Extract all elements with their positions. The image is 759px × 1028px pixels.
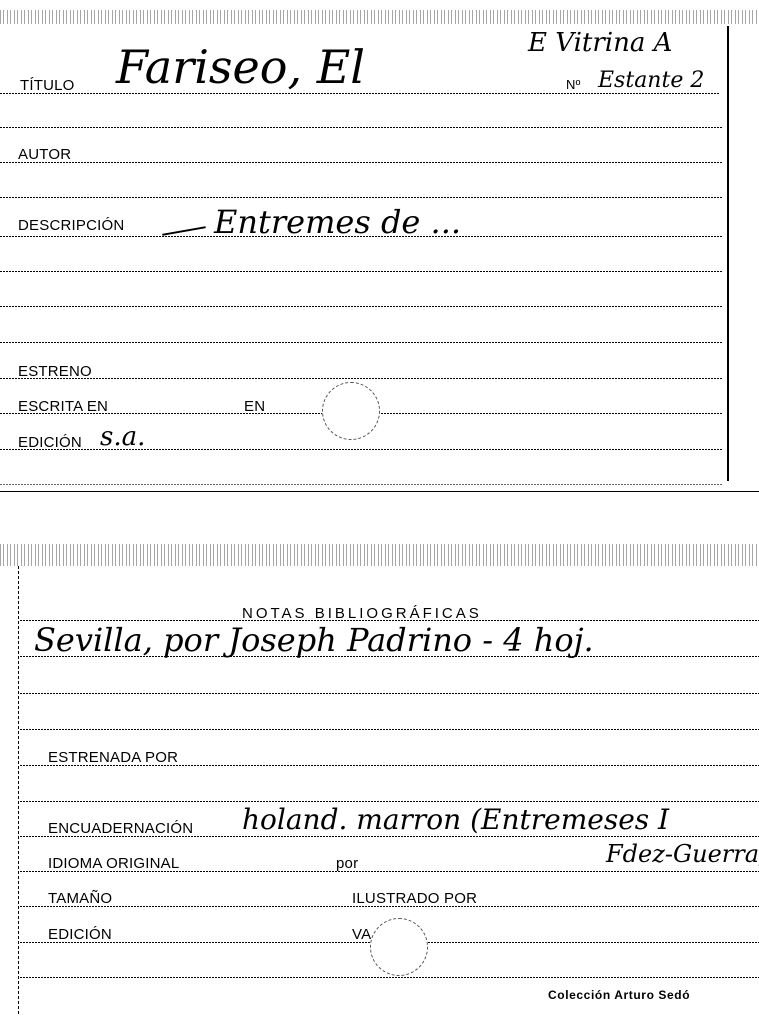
notas-value: Sevilla, por Joseph Padrino - 4 hoj. bbox=[34, 624, 594, 656]
punch-hole bbox=[322, 382, 380, 440]
estante-value: Estante 2 bbox=[598, 70, 704, 92]
edicion-label: EDICIÓN bbox=[18, 435, 82, 450]
card-right-border bbox=[727, 26, 729, 481]
blank-rule bbox=[0, 197, 722, 198]
estrenada-por-label: ESTRENADA POR bbox=[48, 750, 178, 765]
encuadernacion-rule bbox=[20, 836, 759, 837]
notas-heading: NOTAS BIBLIOGRÁFICAS bbox=[242, 606, 482, 621]
idioma-original-label: IDIOMA ORIGINAL bbox=[48, 856, 179, 871]
tamano-label: TAMAÑO bbox=[48, 891, 112, 906]
encuadernacion-label: ENCUADERNACIÓN bbox=[48, 821, 193, 836]
titulo-rule bbox=[0, 93, 720, 94]
descripcion-label: DESCRIPCIÓN bbox=[18, 218, 124, 233]
estante-label: Nº bbox=[566, 78, 581, 91]
edicion-label: EDICIÓN bbox=[48, 927, 112, 942]
titulo-value: Fariseo, El bbox=[116, 44, 365, 90]
back-catalog-card: NOTAS BIBLIOGRÁFICAS Sevilla, por Joseph… bbox=[0, 540, 759, 1028]
escrita-en-label: ESCRITA EN bbox=[18, 399, 108, 414]
estreno-label: ESTRENO bbox=[18, 364, 92, 379]
blank-rule bbox=[20, 801, 759, 802]
descripcion-rule bbox=[0, 236, 722, 237]
edicion-rule bbox=[0, 449, 722, 450]
shelf-note: E Vitrina A bbox=[528, 30, 672, 56]
estreno-rule bbox=[0, 378, 722, 379]
idioma-original-rule bbox=[20, 871, 759, 872]
blank-rule bbox=[0, 127, 722, 128]
blank-rule bbox=[20, 693, 759, 694]
por-label: por bbox=[336, 856, 358, 871]
scan-noise-edge bbox=[0, 10, 759, 24]
collection-footer: Colección Arturo Sedó bbox=[548, 988, 690, 1002]
tamano-rule bbox=[20, 906, 759, 907]
card-separator bbox=[0, 491, 759, 492]
blank-rule bbox=[0, 306, 722, 307]
punch-hole bbox=[370, 918, 428, 976]
front-catalog-card: TÍTULO Fariseo, El E Vitrina A Nº Estant… bbox=[0, 0, 759, 492]
va-label: VA bbox=[352, 927, 371, 942]
ilustrado-por-label: ILUSTRADO POR bbox=[352, 891, 477, 906]
card-left-border bbox=[18, 566, 19, 1016]
blank-rule bbox=[0, 484, 722, 485]
autor-rule bbox=[0, 162, 722, 163]
blank-rule bbox=[0, 342, 722, 343]
estrenada-por-rule bbox=[20, 765, 759, 766]
edicion-value: s.a. bbox=[100, 424, 145, 450]
blank-rule bbox=[20, 729, 759, 730]
en-label: EN bbox=[244, 399, 265, 414]
por-value: Fdez-Guerra) bbox=[606, 842, 759, 866]
titulo-label: TÍTULO bbox=[20, 78, 75, 93]
pen-stroke-mark bbox=[162, 226, 206, 236]
blank-rule bbox=[20, 977, 759, 978]
notas-rule bbox=[20, 656, 759, 657]
encuadernacion-value: holand. marron (Entremeses I bbox=[242, 806, 669, 834]
autor-label: AUTOR bbox=[18, 147, 71, 162]
scan-noise-edge bbox=[0, 544, 759, 566]
blank-rule bbox=[0, 271, 722, 272]
descripcion-value: Entremes de ... bbox=[214, 206, 461, 238]
